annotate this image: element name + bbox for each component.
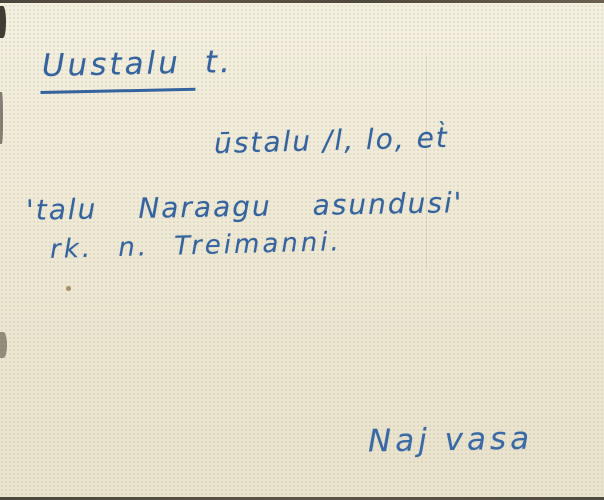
headword-suffix: t. — [204, 44, 233, 81]
note-line-1: 'talu Naraagu asundusi' — [26, 186, 464, 227]
scan-edge-top — [0, 0, 604, 3]
note-card: Uustalut. ūstalu /l, lo, et̀ 'talu Naraa… — [0, 0, 604, 500]
headword: Uustalu — [40, 45, 196, 94]
scan-artifact-left-middle — [0, 92, 3, 144]
paper-crease — [426, 55, 427, 270]
scan-artifact-left-lower — [0, 332, 7, 358]
note-line-2: rk. n. Treimanni. — [50, 227, 342, 265]
phonetic-line: ūstalu /l, lo, et̀ — [214, 121, 450, 160]
headword-line: Uustalut. — [40, 44, 234, 94]
scan-artifact-left-top — [0, 6, 6, 38]
paper-speck — [66, 286, 71, 291]
signature: Naj vasa — [368, 421, 534, 460]
